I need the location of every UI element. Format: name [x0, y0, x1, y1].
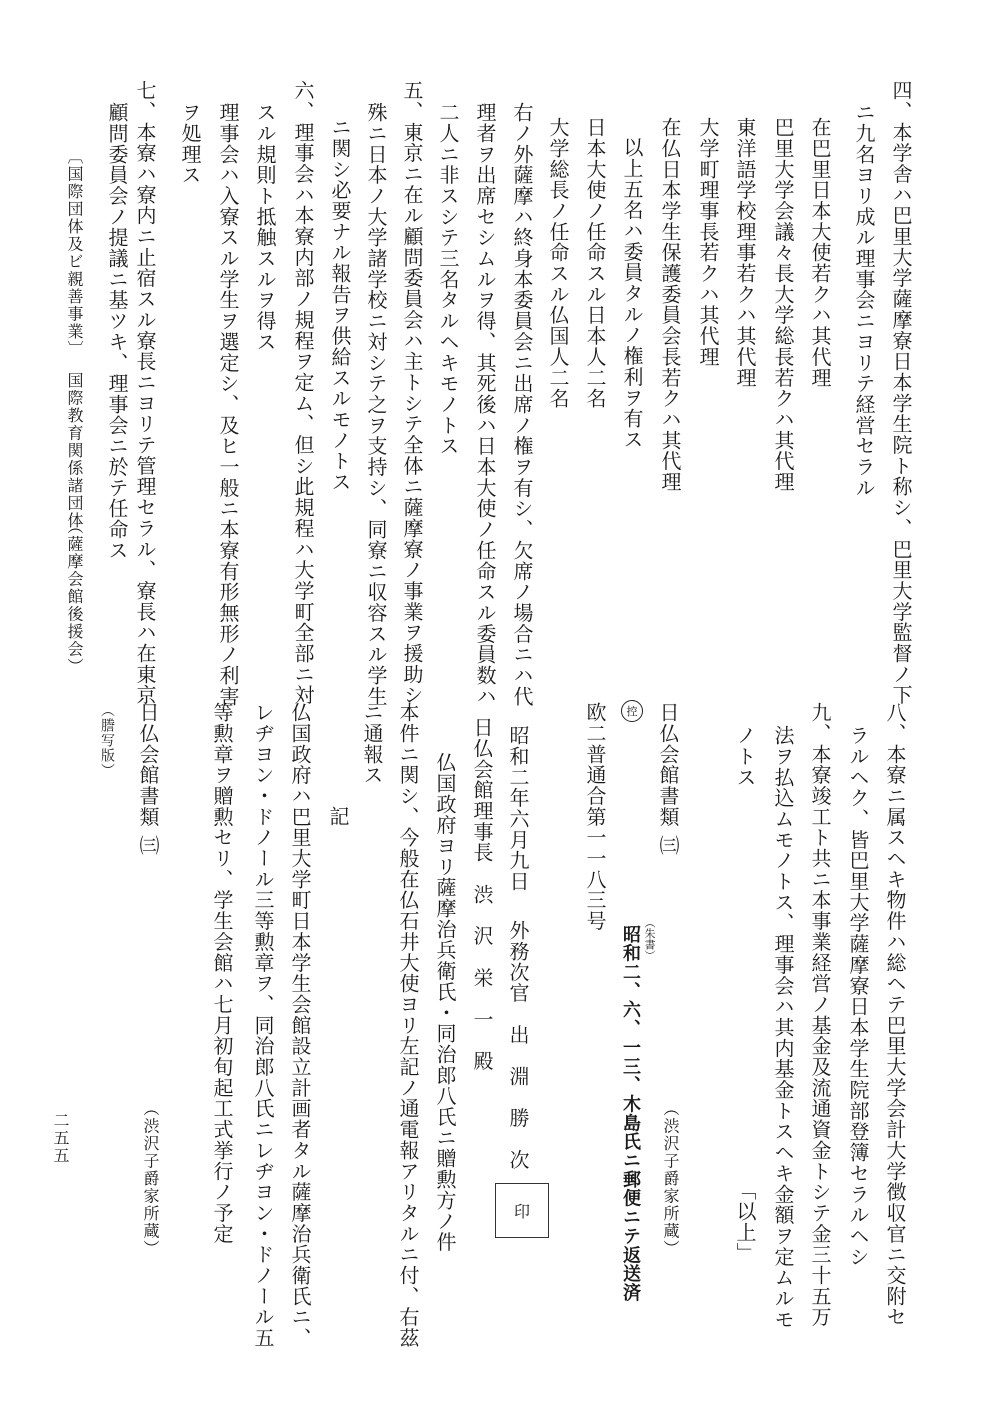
subject-line: 仏国政府ヨリ薩摩治兵衛氏・同治郎八氏ニ贈勲方ノ件 — [435, 752, 455, 1252]
running-footer-section: 国際教育関係諸団体 — [66, 372, 82, 530]
article-7-line-2: 顧問委員会ノ提議ニ基ツキ、理事会ニ於テ任命ス — [107, 102, 127, 561]
article-8-line-2: ラルヘク、皆巴里大学薩摩寮日本学生院部登簿セラルヘシ — [848, 725, 868, 1267]
source-1-title: 日仏会館書類㈢ — [658, 702, 678, 856]
member-4: 大学町理事長若クハ其代理 — [698, 117, 718, 367]
document-date: 昭和二年六月九日 — [508, 725, 528, 892]
body-line-1: 本件ニ関シ、今般在仏石井大使ヨリ左記ノ通電報アリタルニ付、右茲 — [398, 702, 418, 1348]
article-8-line-1: 八、本寮ニ属スヘキ物件ハ総ヘテ巴里大学会計大学徴収官ニ交附セ — [885, 702, 905, 1328]
copy-seal-icon: 控 — [621, 700, 643, 722]
article-6-line-3: 理事会ハ入寮スル学生ヲ選定シ、及ヒ一般ニ本寮有形無形ノ利害 — [218, 102, 238, 707]
source-2-volume: ㈢ — [136, 835, 160, 856]
red-note-ruby: （朱書） — [641, 917, 657, 961]
article-4-line-1: 四、本学舎ハ巴里大学薩摩寮日本学生院ト称シ、巴里大学監督ノ下 — [891, 80, 911, 706]
member-1: 在巴里日本大使若クハ其代理 — [810, 117, 830, 388]
recipient: 日仏会館理事長 渋 沢 栄 一 殿 — [472, 717, 492, 1071]
source-1-volume: ㈢ — [656, 835, 680, 856]
article-6-line-2: スル規則ト抵触スルヲ得ス — [255, 102, 275, 352]
article-6-line-1: 六、理事会ハ本寮内部ノ規程ヲ定ム、但シ此規程ハ大学町全部ニ対 — [293, 80, 313, 706]
note-line-2: レヂヨン・ドノール三等勲章ヲ、同治郎八氏ニレヂヨン・ドノール五 — [253, 702, 273, 1348]
article-4-line-3: 右ノ外薩摩ハ終身本委員会ニ出席ノ権ヲ有シ、欠席ノ場合ニハ代 — [512, 102, 532, 707]
running-footer-category: 〔国際団体及ビ親善事業〕 — [66, 148, 82, 358]
article-9-line-1: 九、本寮竣工ト共ニ本事業経営ノ基金及流通資金トシテ金三十五万 — [810, 702, 830, 1328]
ki-heading: 記 — [328, 806, 348, 827]
member-3: 東洋語学校理事若クハ其代理 — [735, 117, 755, 388]
article-6-line-4: ヲ処理ス — [180, 102, 200, 185]
article-4-line-4: 理者ヲ出席セシムルヲ得、其死後ハ日本大使ノ任命スル委員数ハ — [475, 102, 495, 707]
article-4-line-5: 二人ニ非スシテ三名タルヘキモノトス — [438, 102, 458, 456]
article-7-line-1: 七、本寮ハ寮内ニ止宿スル寮長ニヨリテ管理セラル、寮長ハ在東京 — [135, 80, 155, 706]
member-7: 大学総長ノ任命スル仏国人二名 — [548, 117, 568, 409]
note-line-3: 等勲章ヲ贈勲セリ、学生会館ハ七月初旬起工式挙行ノ予定 — [212, 702, 232, 1244]
article-9-line-3: ノトス — [735, 725, 755, 788]
source-1-title-text: 日仏会館書類 — [656, 702, 680, 827]
note-line-1: 仏国政府ハ巴里大学町日本学生会館設立計画者タル薩摩治兵衛氏ニ、 — [290, 702, 310, 1348]
seal-stamp-text: 印 — [514, 1199, 530, 1222]
sender: 外務次官 出 淵 勝 次 — [508, 920, 528, 1170]
end-mark: 「以上」 — [735, 1180, 755, 1263]
body-line-2: ニ通報ス — [362, 702, 382, 785]
article-4-line-2: ニ九名ヨリ成ル理事会ニヨリテ経営セラル — [854, 102, 874, 498]
member-5: 在仏日本学生保護委員会長若クハ其代理 — [660, 117, 680, 492]
print-type: （謄写版） — [100, 703, 114, 778]
article-5-line-3: ニ関シ必要ナル報告ヲ供給スルモノトス — [330, 117, 350, 492]
running-footer-organization: （薩摩会館後援会） — [66, 518, 82, 676]
red-ink-note: 昭和二、六、一三、木島氏ニ郵便ニテ返送済 — [621, 925, 639, 1302]
source-2-title: 日仏会館書類㈢ — [138, 702, 158, 856]
member-2: 巴里大学会議々長大学総長若クハ其代理 — [773, 117, 793, 492]
source-2-title-text: 日仏会館書類 — [136, 702, 160, 827]
document-number: 欧二普通合第一一八三号 — [585, 702, 605, 931]
article-9-line-2: 法ヲ払込ムモノトス、理事会ハ其内基金トスヘキ金額ヲ定ムルモ — [773, 725, 793, 1330]
member-6: 日本大使ノ任命スル日本人二名 — [585, 117, 605, 409]
source-2-holder: （渋沢子爵家所蔵） — [142, 1100, 158, 1258]
source-1-holder: （渋沢子爵家所蔵） — [662, 1100, 678, 1258]
article-5-line-2: 殊ニ日本ノ大学諸学校ニ対シテ之ヲ支持シ、同寮ニ収容スル学生 — [366, 102, 386, 707]
members-note: 以上五名ハ委員タルノ権利ヲ有ス — [622, 137, 642, 450]
seal-stamp-box: 印 — [495, 1183, 549, 1238]
page-number: 二五五 — [52, 1112, 68, 1165]
article-5-line-1: 五、東京ニ在ル顧問委員会ハ主トシテ全体ニ薩摩寮ノ事業ヲ援助シ — [402, 80, 422, 706]
